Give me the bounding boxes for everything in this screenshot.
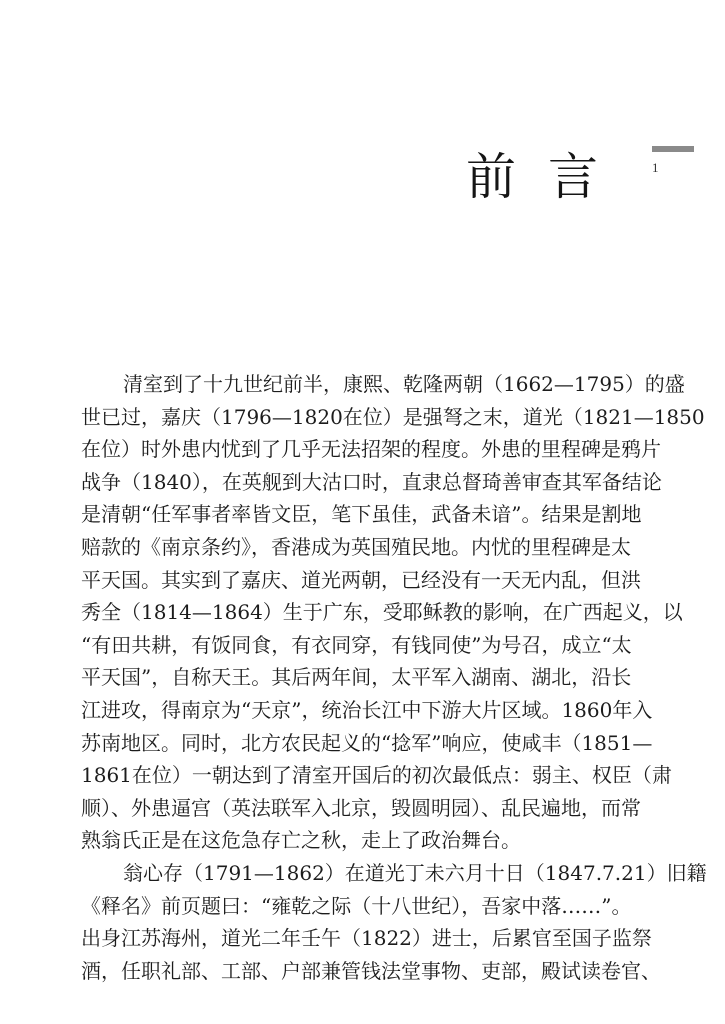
text-line: 出身江苏海州，道光二年壬午（1822）进士，后累官至国子监祭 [81, 922, 609, 955]
text-line-content: 酒，任职礼部、工部、户部兼管钱法堂事物、吏部，殿试读卷官、 [81, 955, 609, 988]
text-line: 清室到了十九世纪前半，康熙、乾隆两朝（1662—1795）的盛 [81, 368, 609, 401]
chapter-title: 前言 [466, 142, 630, 212]
body-text: 清室到了十九世纪前半，康熙、乾隆两朝（1662—1795）的盛 世已过，嘉庆（1… [81, 368, 609, 987]
text-line: 平天国。其实到了嘉庆、道光两朝，已经没有一天无内乱，但洪 [81, 564, 609, 597]
page-tab-marker [652, 146, 694, 152]
text-line-content: 秀全（1814—1864）生于广东，受耶稣教的影响，在广西起义，以 [81, 596, 609, 629]
text-line: 翁心存（1791—1862）在道光丁未六月十日（1847.7.21）旧籍 [81, 857, 609, 890]
text-line: 平天国”，自称天王。其后两年间，太平军入湖南、湖北，沿长 [81, 661, 609, 694]
text-line: 《释名》前页题曰：“雍乾之际（十八世纪），吾家中落……”。 [81, 890, 609, 923]
text-line-content: 战争（1840），在英舰到大沽口时，直隶总督琦善审查其军备结论 [81, 466, 609, 499]
text-line: “有田共耕，有饭同食，有衣同穿，有钱同使”为号召，成立“太 [81, 629, 609, 662]
paragraph-2: 翁心存（1791—1862）在道光丁未六月十日（1847.7.21）旧籍 《释名… [81, 857, 609, 987]
text-line: 熟翁氏正是在这危急存亡之秋，走上了政治舞台。 [81, 824, 609, 857]
page-number: 1 [652, 160, 659, 176]
text-line-content: 平天国”，自称天王。其后两年间，太平军入湖南、湖北，沿长 [81, 661, 609, 694]
text-line-content: 熟翁氏正是在这危急存亡之秋，走上了政治舞台。 [81, 824, 609, 857]
text-line-content: 顺）、外患逼宫（英法联军入北京，毁圆明园）、乱民遍地，而常 [81, 792, 609, 825]
text-line: 战争（1840），在英舰到大沽口时，直隶总督琦善审查其军备结论 [81, 466, 609, 499]
text-line: 1861在位）一朝达到了清室开国后的初次最低点：弱主、权臣（肃 [81, 759, 609, 792]
text-line-content: 出身江苏海州，道光二年壬午（1822）进士，后累官至国子监祭 [81, 922, 609, 955]
text-line: 江进攻，得南京为“天京”，统治长江中下游大片区域。1860年入 [81, 694, 609, 727]
text-line-content: “有田共耕，有饭同食，有衣同穿，有钱同使”为号召，成立“太 [81, 629, 609, 662]
text-line-content: 《释名》前页题曰：“雍乾之际（十八世纪），吾家中落……”。 [81, 890, 609, 923]
text-line-content: 江进攻，得南京为“天京”，统治长江中下游大片区域。1860年入 [81, 694, 609, 727]
text-line-content: 翁心存（1791—1862）在道光丁未六月十日（1847.7.21）旧籍 [123, 857, 609, 890]
text-line: 酒，任职礼部、工部、户部兼管钱法堂事物、吏部，殿试读卷官、 [81, 955, 609, 988]
text-line: 秀全（1814—1864）生于广东，受耶稣教的影响，在广西起义，以 [81, 596, 609, 629]
text-line-content: 1861在位）一朝达到了清室开国后的初次最低点：弱主、权臣（肃 [81, 759, 609, 792]
text-line-content: 赔款的《南京条约》，香港成为英国殖民地。内忧的里程碑是太 [81, 531, 609, 564]
text-line-content: 在位）时外患内忧到了几乎无法招架的程度。外患的里程碑是鸦片 [81, 433, 609, 466]
text-line-content: 苏南地区。同时，北方农民起义的“捻军”响应，使咸丰（1851— [81, 727, 609, 760]
text-line-content: 是清朝“任军事者率皆文臣，笔下虽佳，武备未谙”。结果是割地 [81, 498, 609, 531]
text-line: 是清朝“任军事者率皆文臣，笔下虽佳，武备未谙”。结果是割地 [81, 498, 609, 531]
text-line: 赔款的《南京条约》，香港成为英国殖民地。内忧的里程碑是太 [81, 531, 609, 564]
text-line-content: 世已过，嘉庆（1796—1820在位）是强弩之末，道光（1821—1850 [81, 401, 609, 434]
text-line: 世已过，嘉庆（1796—1820在位）是强弩之末，道光（1821—1850 [81, 401, 609, 434]
text-line: 苏南地区。同时，北方农民起义的“捻军”响应，使咸丰（1851— [81, 727, 609, 760]
chapter-title-text: 前言 [466, 148, 630, 206]
text-line: 在位）时外患内忧到了几乎无法招架的程度。外患的里程碑是鸦片 [81, 433, 609, 466]
text-line-content: 清室到了十九世纪前半，康熙、乾隆两朝（1662—1795）的盛 [123, 368, 609, 401]
text-line: 顺）、外患逼宫（英法联军入北京，毁圆明园）、乱民遍地，而常 [81, 792, 609, 825]
paragraph-1: 清室到了十九世纪前半，康熙、乾隆两朝（1662—1795）的盛 世已过，嘉庆（1… [81, 368, 609, 857]
text-line-content: 平天国。其实到了嘉庆、道光两朝，已经没有一天无内乱，但洪 [81, 564, 609, 597]
